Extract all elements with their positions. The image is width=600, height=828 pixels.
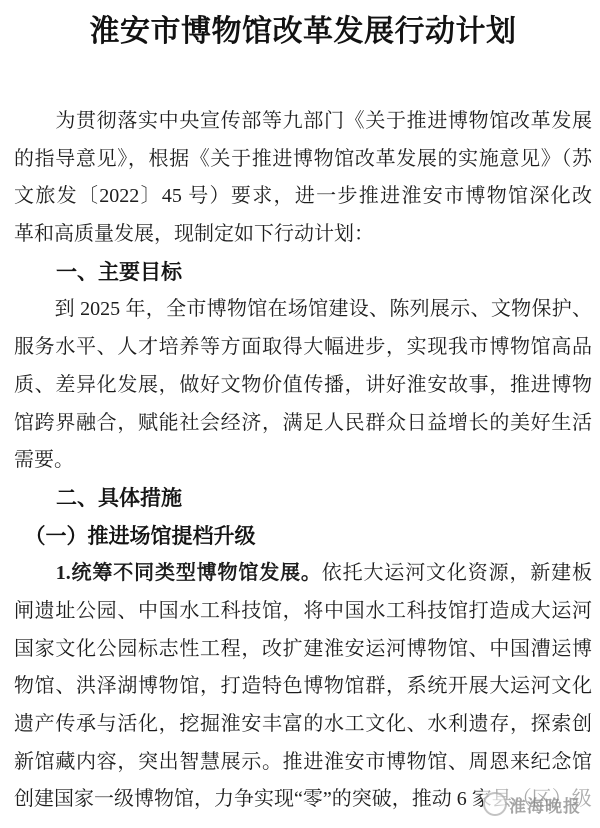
paragraph-line: 文旅发〔2022〕45 号）要求，进一步推进淮安市博物馆深化改 (14, 178, 592, 216)
document-body: 为贯彻落实中央宣传部等九部门《关于推进博物馆改革发展的指导意见》，根据《关于推进… (14, 103, 592, 819)
document-page: 淮安市博物馆改革发展行动计划 为贯彻落实中央宣传部等九部门《关于推进博物馆改革发… (0, 0, 600, 828)
paragraph-line: 为贯彻落实中央宣传部等九部门《关于推进博物馆改革发展 (14, 103, 592, 141)
paragraph-line: 质、差异化发展，做好文物价值传播，讲好淮安故事，推进博物 (14, 367, 592, 405)
section-heading: 一、主要目标 (14, 254, 592, 292)
paragraph-line: 1.统筹不同类型博物馆发展。依托大运河文化资源，新建板 (14, 555, 592, 593)
sub-section-heading: （一）推进场馆提档升级 (14, 518, 592, 556)
paragraph-line: 馆跨界融合，赋能社会经济，满足人民群众日益增长的美好生活 (14, 405, 592, 443)
paragraph-line: 的指导意见》，根据《关于推进博物馆改革发展的实施意见》（苏 (14, 141, 592, 179)
paragraph-line: 新馆藏内容，突出智慧展示。推进淮安市博物馆、周恩来纪念馆 (14, 744, 592, 782)
paragraph-line: 遗产传承与活化，挖掘淮安丰富的水工文化、水利遗存，探索创 (14, 706, 592, 744)
bold-lead-sentence: 1.统筹不同类型博物馆发展。 (14, 562, 322, 584)
paragraph-line: 到 2025 年，全市博物馆在场馆建设、陈列展示、文物保护、 (14, 291, 592, 329)
paragraph-line: 闸遗址公园、中国水工科技馆，将中国水工科技馆打造成大运河 (14, 593, 592, 631)
paragraph-line: 创建国家一级博物馆，力争实现“零”的突破，推动 6 家县（区）级 (14, 781, 592, 819)
section-heading: 二、具体措施 (14, 480, 592, 518)
paragraph-line: 服务水平、人才培养等方面取得大幅进步，实现我市博物馆高品 (14, 329, 592, 367)
paragraph-line: 革和高质量发展，现制定如下行动计划： (14, 216, 592, 254)
paragraph-line: 国家文化公园标志性工程，改扩建淮安运河博物馆、中国漕运博 (14, 631, 592, 669)
paragraph-line: 需要。 (14, 442, 592, 480)
document-title: 淮安市博物馆改革发展行动计划 (14, 13, 592, 51)
paragraph-line: 物馆、洪泽湖博物馆，打造特色博物馆群，系统开展大运河文化 (14, 668, 592, 706)
